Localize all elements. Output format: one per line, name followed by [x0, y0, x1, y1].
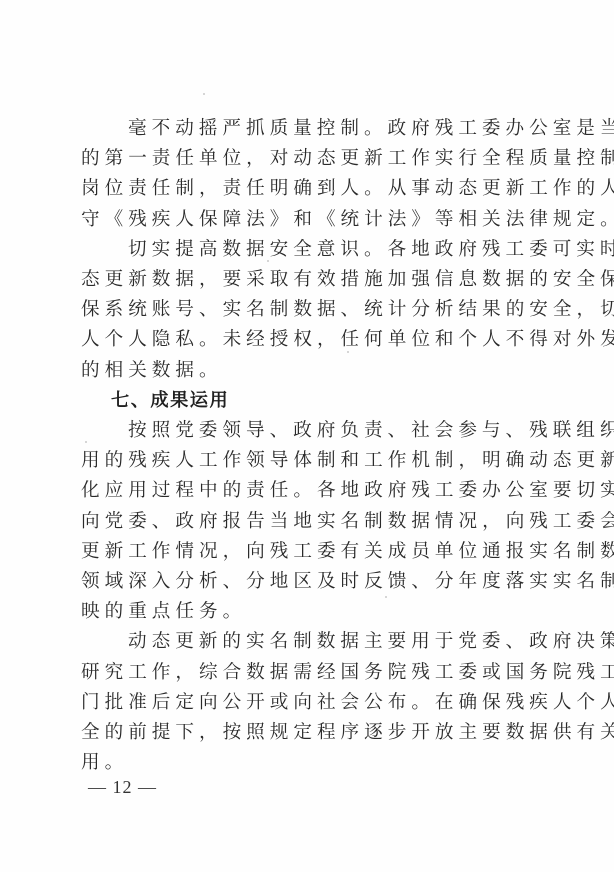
document-page: 毫不动摇严抓质量控制。政府残工委办公室是当地质量控制 的第一责任单位，对动态更新…	[0, 0, 614, 872]
text-line: 动态更新的实名制数据主要用于党委、政府决策和有关部门	[81, 627, 537, 657]
text-line: 按照党委领导、政府负责、社会参与、残联组织有效发挥作	[81, 416, 537, 446]
text-line: 的相关数据。	[81, 356, 537, 386]
text-line: 守《残疾人保障法》和《统计法》等相关法律规定。	[81, 205, 537, 235]
scan-speck	[333, 190, 335, 192]
body-text: 毫不动摇严抓质量控制。政府残工委办公室是当地质量控制 的第一责任单位，对动态更新…	[81, 114, 537, 778]
text-line: 更新工作情况，向残工委有关成员单位通报实名制数据情况，分	[81, 537, 537, 567]
text-line: 保系统账号、实名制数据、统计分析结果的安全，切实保护残疾	[81, 295, 537, 325]
text-line: 向党委、政府报告当地实名制数据情况，向残工委会议报告动态	[81, 507, 537, 537]
text-line: 态更新数据，要采取有效措施加强信息数据的安全保密工作，确	[81, 265, 537, 295]
text-line: 人个人隐私。未经授权，任何单位和个人不得对外发布动态更新	[81, 325, 537, 355]
text-line: 毫不动摇严抓质量控制。政府残工委办公室是当地质量控制	[81, 114, 537, 144]
text-line: 用的残疾人工作领导体制和工作机制，明确动态更新工作成果转	[81, 446, 537, 476]
text-line: 映的重点任务。	[81, 597, 537, 627]
text-line: 化应用过程中的责任。各地政府残工委办公室要切实履行职责，	[81, 476, 537, 506]
paragraph-data-security: 切实提高数据安全意识。各地政府残工委可实时获取当地动 态更新数据，要采取有效措施…	[81, 235, 537, 386]
scan-speck	[85, 441, 87, 443]
page-number: — 12 —	[88, 777, 157, 798]
scan-speck	[203, 93, 205, 95]
text-line: 门批准后定向公开或向社会公布。在确保残疾人个人信息绝对安	[81, 688, 537, 718]
paragraph-results-application: 按照党委领导、政府负责、社会参与、残联组织有效发挥作 用的残疾人工作领导体制和工…	[81, 416, 537, 627]
text-line: 切实提高数据安全意识。各地政府残工委可实时获取当地动	[81, 235, 537, 265]
paragraph-data-usage: 动态更新的实名制数据主要用于党委、政府决策和有关部门 研究工作，综合数据需经国务…	[81, 627, 537, 778]
section-heading-results-application: 七、成果运用	[81, 386, 537, 416]
text-line: 用。	[81, 748, 537, 778]
text-line: 岗位责任制，责任明确到人。从事动态更新工作的人员要严格遵	[81, 174, 537, 204]
text-line: 全的前提下，按照规定程序逐步开放主要数据供有关机构研究使	[81, 718, 537, 748]
paragraph-quality-control: 毫不动摇严抓质量控制。政府残工委办公室是当地质量控制 的第一责任单位，对动态更新…	[81, 114, 537, 235]
scan-speck	[385, 596, 387, 598]
text-line: 领域深入分析、分地区及时反馈、分年度落实实名制信息数据反	[81, 567, 537, 597]
text-line: 研究工作，综合数据需经国务院残工委或国务院残工委授权的部	[81, 658, 537, 688]
scan-speck	[267, 260, 269, 262]
text-line: 的第一责任单位，对动态更新工作实行全程质量控制，层层建立	[81, 144, 537, 174]
scan-speck	[347, 351, 349, 353]
